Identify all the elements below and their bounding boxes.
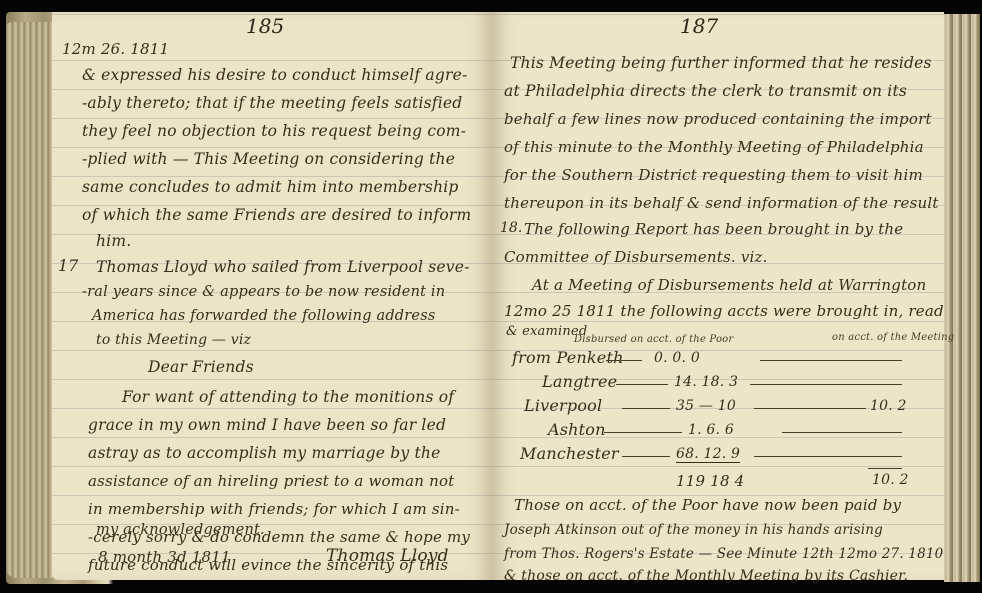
ledger-place: Langtree <box>542 372 617 391</box>
closing-line: from Thos. Rogers's Estate — See Minute … <box>504 546 943 562</box>
text-line: same concludes to admit him into members… <box>82 178 459 196</box>
letter-line: in membership with friends; for which I … <box>88 500 460 518</box>
ledger-dash <box>754 408 866 409</box>
letter-line: astray as to accomplish my marriage by t… <box>88 444 440 462</box>
ledger-dash <box>616 384 668 385</box>
minute-number: 17 <box>58 256 78 275</box>
ledger-poor-value: 14. 18. 3 <box>674 374 738 390</box>
text-line: & expressed his desire to conduct himsel… <box>82 66 467 84</box>
text-line: Thomas Lloyd who sailed from Liverpool s… <box>96 258 470 276</box>
text-line: to this Meeting — viz <box>96 332 251 348</box>
date-header: 12m 26. 1811 <box>62 40 169 58</box>
ledger-header-meeting: on acct. of the Meeting <box>832 332 954 343</box>
text-line: of which the same Friends are desired to… <box>82 206 471 224</box>
report-line: At a Meeting of Disbursements held at Wa… <box>532 276 926 294</box>
text-line: they feel no objection to his request be… <box>82 122 466 140</box>
ledger-poor-value: 68. 12. 9 <box>676 446 740 463</box>
text-line: of this minute to the Monthly Meeting of… <box>504 138 924 156</box>
ledger-total-poor: 119 18 4 <box>676 472 744 490</box>
minute-number: 18. <box>500 220 522 236</box>
right-page: 187 This Meeting being further informed … <box>492 12 944 580</box>
ledger-total-rule <box>868 468 902 469</box>
ledger-dash <box>622 456 670 457</box>
text-line: -ably thereto; that if the meeting feels… <box>82 94 462 112</box>
closing-line: Joseph Atkinson out of the money in his … <box>504 522 883 538</box>
text-line: The following Report has been brought in… <box>524 220 903 238</box>
ledger-dash <box>750 384 902 385</box>
text-line: Committee of Disbursements. viz. <box>504 248 768 266</box>
ledger-place: from Penketh <box>512 348 624 367</box>
ledger-total-meeting: 10. 2 <box>872 472 909 488</box>
ledger-dash <box>622 408 670 409</box>
left-page-edges <box>6 22 54 578</box>
text-line: -ral years since & appears to be now res… <box>82 284 445 300</box>
ledger-place: Liverpool <box>524 396 602 415</box>
letter-date: 8 month 3d 1811 <box>98 548 231 566</box>
ledger-dash <box>604 432 682 433</box>
ledger-meeting-value: 10. 2 <box>870 398 907 414</box>
right-page-edges <box>944 14 980 582</box>
text-line: him. <box>96 232 131 250</box>
ledger-poor-value: 0. 0. 0 <box>654 350 700 366</box>
ledger-place: Manchester <box>520 444 619 463</box>
letter-line: For want of attending to the monitions o… <box>122 388 454 406</box>
text-line: for the Southern District requesting the… <box>504 166 923 184</box>
letter-line-end: my acknowledgement. <box>96 522 265 538</box>
ledger-poor-value: 1. 6. 6 <box>688 422 734 438</box>
text-line: thereupon in its behalf & send informati… <box>504 194 939 212</box>
ledger-poor-value: 35 — 10 <box>676 398 736 414</box>
ledger-header-poor: Disbursed on acct. of the Poor <box>574 334 733 345</box>
signature: Thomas Lloyd <box>326 546 449 566</box>
ledger-dash <box>760 360 902 361</box>
left-page: 185 12m 26. 1811 & expressed his desire … <box>52 12 492 580</box>
text-line: This Meeting being further informed that… <box>510 54 932 72</box>
letter-line: assistance of an hireling priest to a wo… <box>88 472 454 490</box>
closing-line: Those on acct. of the Poor have now been… <box>514 496 901 514</box>
text-line: behalf a few lines now produced containi… <box>504 110 932 128</box>
ledger-dash <box>782 432 902 433</box>
letter-line: grace in my own mind I have been so far … <box>88 416 446 434</box>
text-line: -plied with — This Meeting on considerin… <box>82 150 455 168</box>
salutation: Dear Friends <box>148 358 254 376</box>
ledger-dash <box>754 456 902 457</box>
text-line: America has forwarded the following addr… <box>92 308 436 324</box>
report-line: 12mo 25 1811 the following accts were br… <box>504 302 944 320</box>
page-number-left: 185 <box>246 14 284 38</box>
ledger-dash <box>606 360 642 361</box>
closing-line: & those on acct. of the Monthly Meeting … <box>504 568 908 584</box>
ledger-place: Ashton <box>548 420 606 439</box>
text-line: at Philadelphia directs the clerk to tra… <box>504 82 907 100</box>
page-number-right: 187 <box>680 14 718 38</box>
